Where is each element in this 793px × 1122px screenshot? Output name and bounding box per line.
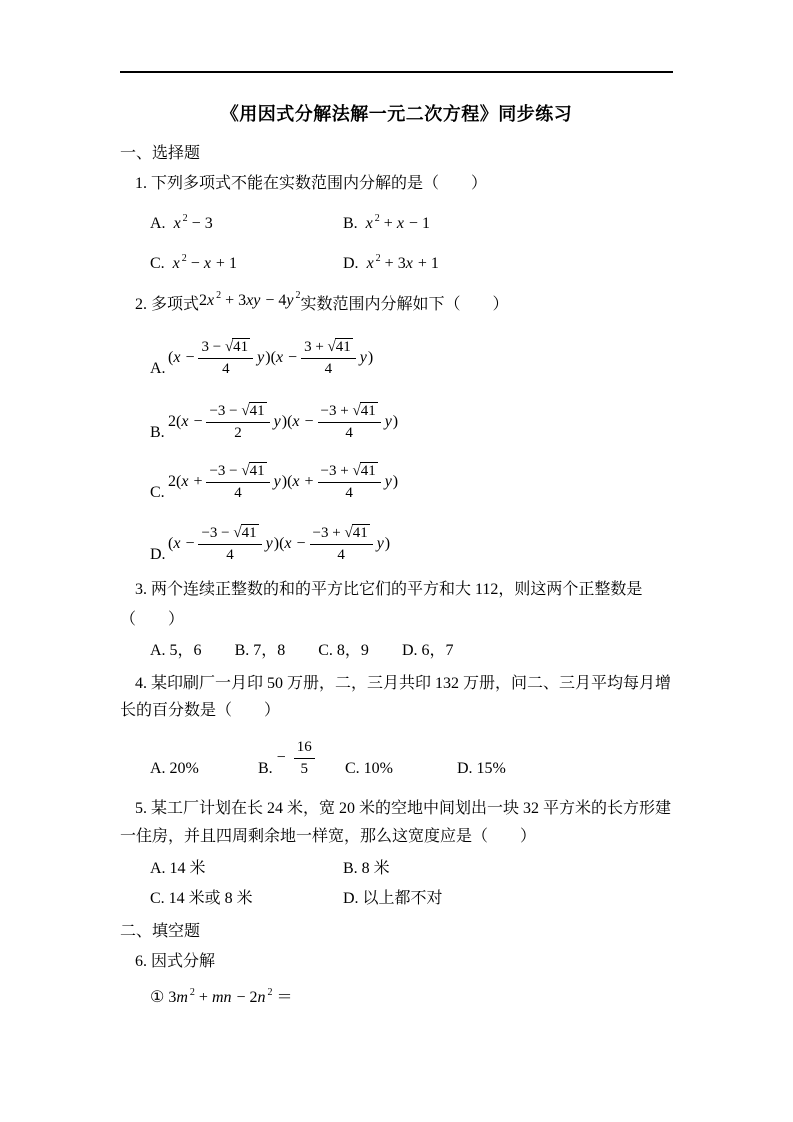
q2-option-a-formula: (x −3 − 414y)(x −3 + 414y) [168,336,373,379]
q2-option-b-formula: 2(x −−3 − 412y)(x −−3 + 414y) [168,400,398,443]
q1-option-b-formula: x2 + x − 1 [366,215,430,232]
q5-stem-line2: 一住房，并且四周剩余地一样宽，那么这宽度应是（ ） [120,827,673,847]
header-rule [120,71,673,73]
q1-option-c-label: C. [150,255,165,272]
q2-stem-pre: 2. 多项式 [135,296,199,313]
q1-option-c-formula: x2 − x + 1 [173,255,237,272]
q4-stem-line1: 4. 某印刷厂一月印 50 万册，二，三月共印 132 万册，问二、三月平均每月… [120,674,673,694]
q4-option-d: D. 15% [457,759,506,779]
q4-option-a: A. 20% [150,759,258,779]
q3-option-d: D. 6，7 [402,641,454,661]
q4-option-c: C. 10% [345,759,457,779]
section-two-heading: 二、填空题 [120,922,673,942]
q5-option-b: B. 8 米 [343,859,673,879]
q3-stem-line1: 3. 两个连续正整数的和的平方比它们的平方和大 112，则这两个正整数是 [120,580,673,600]
q1-stem: 1. 下列多项式不能在实数范围内分解的是（ ） [120,174,673,194]
q5-stem-line1: 5. 某工厂计划在长 24 米，宽 20 米的空地中间划出一块 32 平方米的长… [120,799,673,819]
q5-options: A. 14 米 B. 8 米 C. 14 米或 8 米 D. 以上都不对 [120,859,673,909]
q2-stem-post: 实数范围内分解如下（ ） [301,296,509,313]
q2-option-b-label: B. [150,423,168,443]
section-one-heading: 一、选择题 [120,144,673,164]
q4-option-b-formula: − 165 [277,736,319,779]
q6-item-1-formula: ① 3m2 + mn − 2n2 ＝ [150,989,293,1006]
q2-stem-formula: 2x2 + 3xy − 4y2 [199,292,300,309]
q2-option-d-label: D. [150,545,168,565]
q2-option-c-formula: 2(x +−3 − 414y)(x +−3 + 414y) [168,460,398,503]
q2-option-c: C. 2(x +−3 − 414y)(x +−3 + 414y) [120,457,673,503]
q1-option-d-formula: x2 + 3x + 1 [367,255,439,272]
q2-option-a-label: A. [150,359,168,379]
q2-option-d-formula: (x −−3 − 414y)(x −−3 + 414y) [168,522,390,565]
q3-options: A. 5，6 B. 7，8 C. 8，9 D. 6，7 [120,641,673,661]
q1-options: A. x2 − 3 B. x2 + x − 1 C. x2 − x + 1 D.… [120,210,673,277]
q4-options: A. 20% B.− 165 C. 10% D. 15% [120,739,673,779]
q1-option-b: B. x2 + x − 1 [343,210,673,237]
q2-option-c-label: C. [150,483,168,503]
q1-option-d: D. x2 + 3x + 1 [343,250,673,277]
q1-option-a-label: A. [150,215,166,232]
worksheet-page: 《用因式分解法解一元二次方程》同步练习 一、选择题 1. 下列多项式不能在实数范… [0,0,793,1122]
q2-stem: 2. 多项式2x2 + 3xy − 4y2实数范围内分解如下（ ） [120,292,673,318]
q4-stem-line2: 长的百分数是（ ） [120,701,673,721]
q1-option-b-label: B. [343,215,358,232]
q4-option-b: B.− 165 [258,736,345,779]
q1-option-d-label: D. [343,255,359,272]
page-title: 《用因式分解法解一元二次方程》同步练习 [120,103,673,125]
q4-option-b-label: B. [258,759,273,779]
q2-option-a: A. (x −3 − 414y)(x −3 + 414y) [120,333,673,379]
q6-item-1: ① 3m2 + mn − 2n2 ＝ [120,985,673,1011]
q5-option-a: A. 14 米 [150,859,343,879]
q2-option-d: D. (x −−3 − 414y)(x −−3 + 414y) [120,519,673,565]
q1-option-c: C. x2 − x + 1 [150,250,343,277]
q1-option-a-formula: x2 − 3 [174,215,213,232]
q2-option-b: B. 2(x −−3 − 412y)(x −−3 + 414y) [120,397,673,443]
q6-stem: 6. 因式分解 [120,952,673,972]
q3-option-a: A. 5，6 [150,641,202,661]
q3-stem-line2: （ ） [120,610,673,630]
q3-option-b: B. 7，8 [235,641,286,661]
q3-option-c: C. 8，9 [318,641,369,661]
q5-option-d: D. 以上都不对 [343,889,673,909]
q1-option-a: A. x2 − 3 [150,210,343,237]
q5-option-c: C. 14 米或 8 米 [150,889,343,909]
